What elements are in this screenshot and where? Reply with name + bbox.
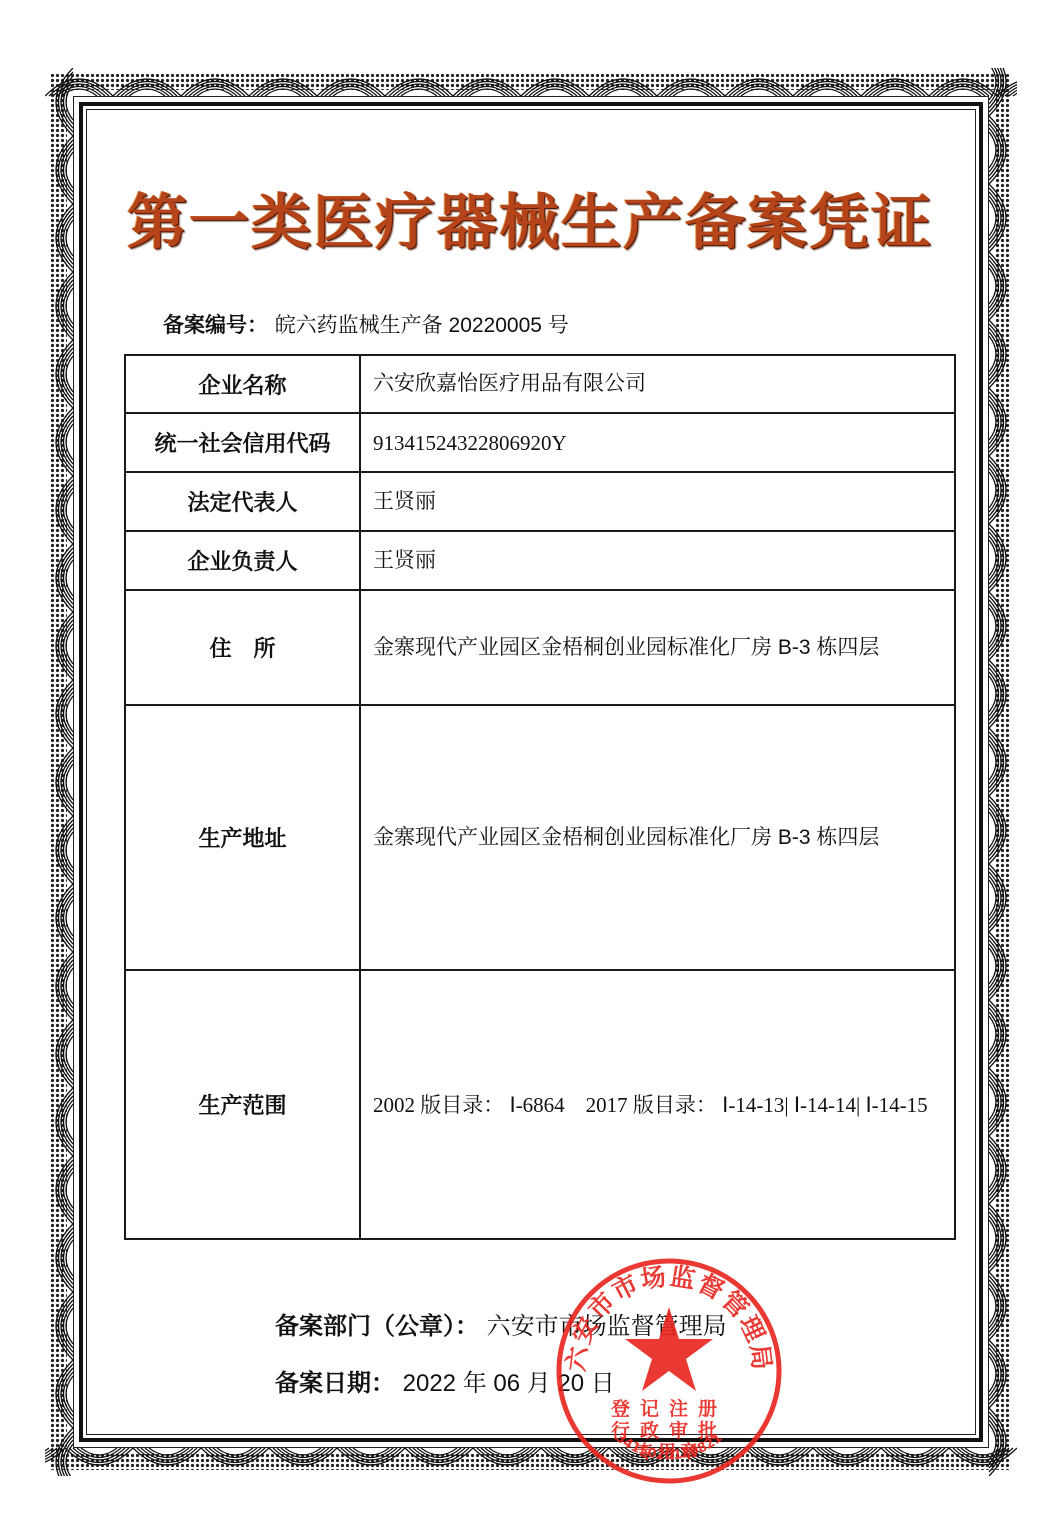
field-value: 六安欣嘉怡医疗用品有限公司 [360,355,955,413]
record-number: 备案编号： 皖六药监械生产备 20220005 号 [163,310,569,341]
official-seal: 六安市市场监督管理局 登记注册 行政审批 专用章 3415020129821 [553,1255,785,1487]
certificate-info-table: 企业名称 六安欣嘉怡医疗用品有限公司 统一社会信用代码 913415243228… [124,354,956,1240]
table-row-production-scope: 生产范围 2002 版目录： Ⅰ-6864 2017 版目录： Ⅰ-14-13|… [125,970,955,1239]
field-value: 金寨现代产业园区金梧桐创业园标准化厂房 B-3 栋四层 [360,590,955,705]
field-label: 统一社会信用代码 [125,413,360,472]
table-row-production-address: 生产地址 金寨现代产业园区金梧桐创业园标准化厂房 B-3 栋四层 [125,705,955,970]
table-row-person-in-charge: 企业负责人 王贤丽 [125,531,955,590]
field-value: 王贤丽 [360,472,955,531]
table-row-credit-code: 统一社会信用代码 91341524322806920Y [125,413,955,472]
field-value: 91341524322806920Y [360,413,955,472]
table-row-domicile: 住 所 金寨现代产业园区金梧桐创业园标准化厂房 B-3 栋四层 [125,590,955,705]
field-value: 金寨现代产业园区金梧桐创业园标准化厂房 B-3 栋四层 [360,705,955,970]
certificate-title: 第一类医疗器械生产备案凭证 [0,188,1060,258]
field-value: 王贤丽 [360,531,955,590]
filing-date-label: 备案日期： [275,1369,395,1397]
field-label: 企业名称 [125,355,360,413]
field-label: 生产地址 [125,705,360,970]
filing-department-label: 备案部门（公章）： [275,1312,479,1340]
field-value: 2002 版目录： Ⅰ-6864 2017 版目录： Ⅰ-14-13| Ⅰ-14… [360,970,955,1239]
record-number-label: 备案编号： [163,313,268,337]
field-label: 生产范围 [125,970,360,1239]
field-label: 企业负责人 [125,531,360,590]
record-number-value: 皖六药监械生产备 20220005 号 [275,314,569,337]
seal-star-icon [625,1307,713,1391]
table-row-company-name: 企业名称 六安欣嘉怡医疗用品有限公司 [125,355,955,413]
seal-line-1: 登记注册 [610,1397,727,1420]
field-label: 住 所 [125,590,360,705]
table-row-legal-rep: 法定代表人 王贤丽 [125,472,955,531]
field-label: 法定代表人 [125,472,360,531]
